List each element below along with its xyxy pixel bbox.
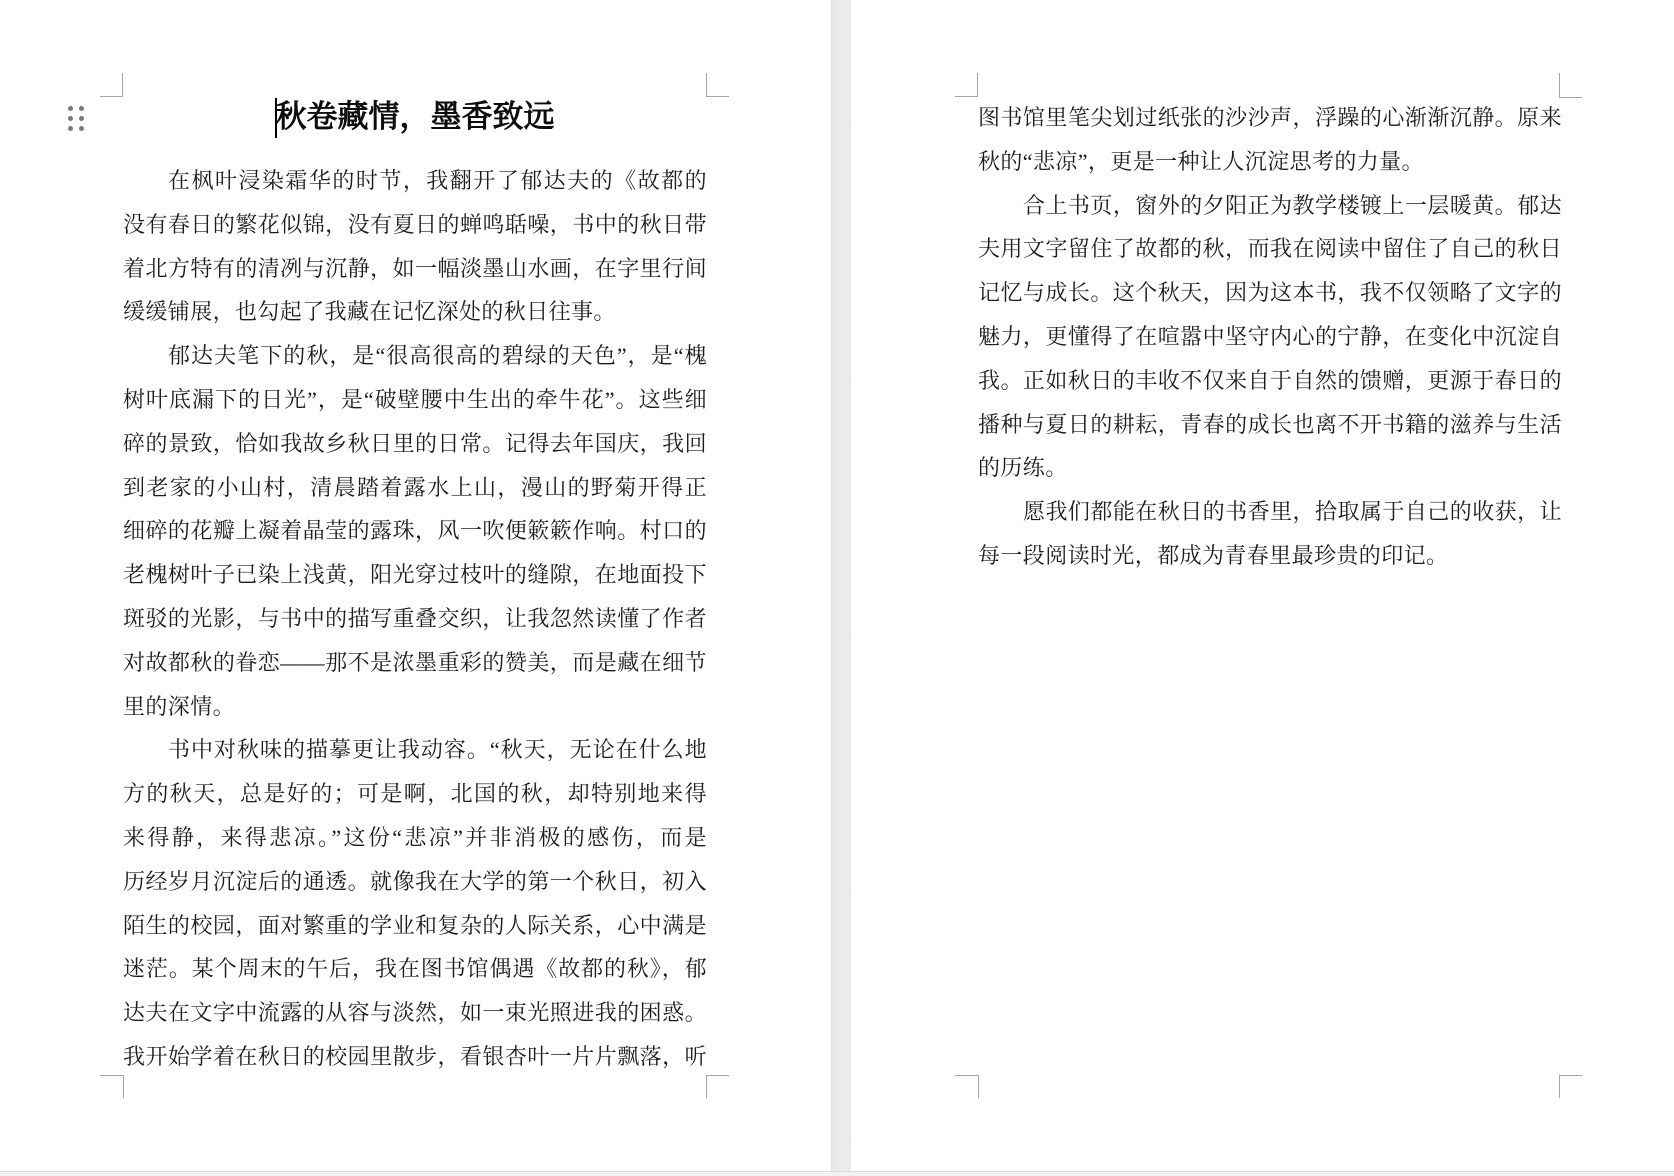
drag-handle-icon[interactable] — [68, 106, 88, 136]
crop-mark-bottom-right-icon — [1559, 1075, 1582, 1098]
text-line[interactable]: 细碎的花瓣上凝着晶莹的露珠，风一吹便簌簌作响。村口的 — [123, 509, 707, 553]
page-2-text: 图书馆里笔尖划过纸张的沙沙声，浮躁的心渐渐沉静。原来秋的“悲凉”，更是一种让人沉… — [978, 96, 1562, 578]
text-line[interactable]: 播种与夏日的耕耘，青春的成长也离不开书籍的滋养与生活 — [978, 403, 1562, 447]
crop-mark-top-right-icon — [706, 73, 729, 97]
crop-mark-bottom-left-icon — [100, 1075, 124, 1098]
text-line[interactable]: 秋的“悲凉”，更是一种让人沉淀思考的力量。 — [978, 140, 1562, 184]
text-line[interactable]: 树叶底漏下的日光”，是“破壁腰中生出的牵牛花”。这些细 — [123, 378, 707, 422]
text-line[interactable]: 夫用文字留住了故都的秋，而我在阅读中留住了自己的秋日 — [978, 227, 1562, 271]
text-line[interactable]: 每一段阅读时光，都成为青春里最珍贵的印记。 — [978, 534, 1562, 578]
page-1-text: 在枫叶浸染霜华的时节，我翻开了郁达夫的《故都的秋》。没有春日的繁花似锦，没有夏日… — [123, 159, 707, 1079]
text-line[interactable]: 记忆与成长。这个秋天，因为这本书，我不仅领略了文字的 — [978, 271, 1562, 315]
crop-mark-bottom-right-icon — [706, 1075, 729, 1098]
page-gap-divider — [831, 0, 851, 1171]
document-title[interactable]: 秋卷藏情，墨香致远 — [123, 94, 707, 140]
crop-mark-top-left-icon — [100, 73, 123, 97]
crop-mark-top-right-icon — [1559, 73, 1582, 98]
text-line[interactable]: 没有春日的繁花似锦，没有夏日的蝉鸣聒噪，书中的秋日带 — [123, 203, 707, 247]
text-cursor — [275, 98, 277, 138]
text-line[interactable]: 我。正如秋日的丰收不仅来自于自然的馈赠，更源于春日的 — [978, 359, 1562, 403]
text-line[interactable]: 合上书页，窗外的夕阳正为教学楼镀上一层暖黄。郁达 — [978, 184, 1562, 228]
text-line[interactable]: 到老家的小山村，清晨踏着露水上山，漫山的野菊开得正盛， — [123, 466, 707, 510]
text-line[interactable]: 达夫在文字中流露的从容与淡然，如一束光照进我的困惑。 — [123, 991, 707, 1035]
text-line[interactable]: 对故都秋的眷恋——那不是浓墨重彩的赞美，而是藏在细节 — [123, 641, 707, 685]
text-line[interactable]: 在枫叶浸染霜华的时节，我翻开了郁达夫的《故都的秋》。 — [123, 159, 707, 203]
text-line[interactable]: 方的秋天，总是好的；可是啊，北国的秋，却特别地来得清， — [123, 772, 707, 816]
text-line[interactable]: 缓缓铺展，也勾起了我藏在记忆深处的秋日往事。 — [123, 290, 707, 334]
text-line[interactable]: 郁达夫笔下的秋，是“很高很高的碧绿的天色”，是“槐 — [123, 334, 707, 378]
text-line[interactable]: 魅力，更懂得了在喧嚣中坚守内心的宁静，在变化中沉淀自 — [978, 315, 1562, 359]
text-line[interactable]: 迷茫。某个周末的午后，我在图书馆偶遇《故都的秋》，郁 — [123, 947, 707, 991]
text-line[interactable]: 碎的景致，恰如我故乡秋日里的日常。记得去年国庆，我回 — [123, 422, 707, 466]
text-line[interactable]: 愿我们都能在秋日的书香里，拾取属于自己的收获，让 — [978, 490, 1562, 534]
text-line[interactable]: 图书馆里笔尖划过纸张的沙沙声，浮躁的心渐渐沉静。原来 — [978, 96, 1562, 140]
text-line[interactable]: 的历练。 — [978, 446, 1562, 490]
text-line[interactable]: 来得静，来得悲凉。”这份“悲凉”并非消极的感伤，而是 — [123, 816, 707, 860]
crop-mark-bottom-left-icon — [955, 1075, 979, 1098]
text-line[interactable]: 里的深情。 — [123, 685, 707, 729]
text-line[interactable]: 我开始学着在秋日的校园里散步，看银杏叶一片片飘落，听 — [123, 1035, 707, 1079]
text-line[interactable]: 老槐树叶子已染上浅黄，阳光穿过枝叶的缝隙，在地面投下 — [123, 553, 707, 597]
text-line[interactable]: 书中对秋味的描摹更让我动容。“秋天，无论在什么地 — [123, 728, 707, 772]
text-line[interactable]: 着北方特有的清冽与沉静，如一幅淡墨山水画，在字里行间 — [123, 247, 707, 291]
text-line[interactable]: 陌生的校园，面对繁重的学业和复杂的人际关系，心中满是 — [123, 904, 707, 948]
text-line[interactable]: 斑驳的光影，与书中的描写重叠交织，让我忽然读懂了作者 — [123, 597, 707, 641]
text-line[interactable]: 历经岁月沉淀后的通透。就像我在大学的第一个秋日，初入 — [123, 860, 707, 904]
crop-mark-top-left-icon — [955, 73, 978, 97]
editor-canvas: 秋卷藏情，墨香致远 在枫叶浸染霜华的时节，我翻开了郁达夫的《故都的秋》。没有春日… — [0, 0, 1674, 1176]
page-bottom-margin-strip — [0, 1171, 1674, 1176]
